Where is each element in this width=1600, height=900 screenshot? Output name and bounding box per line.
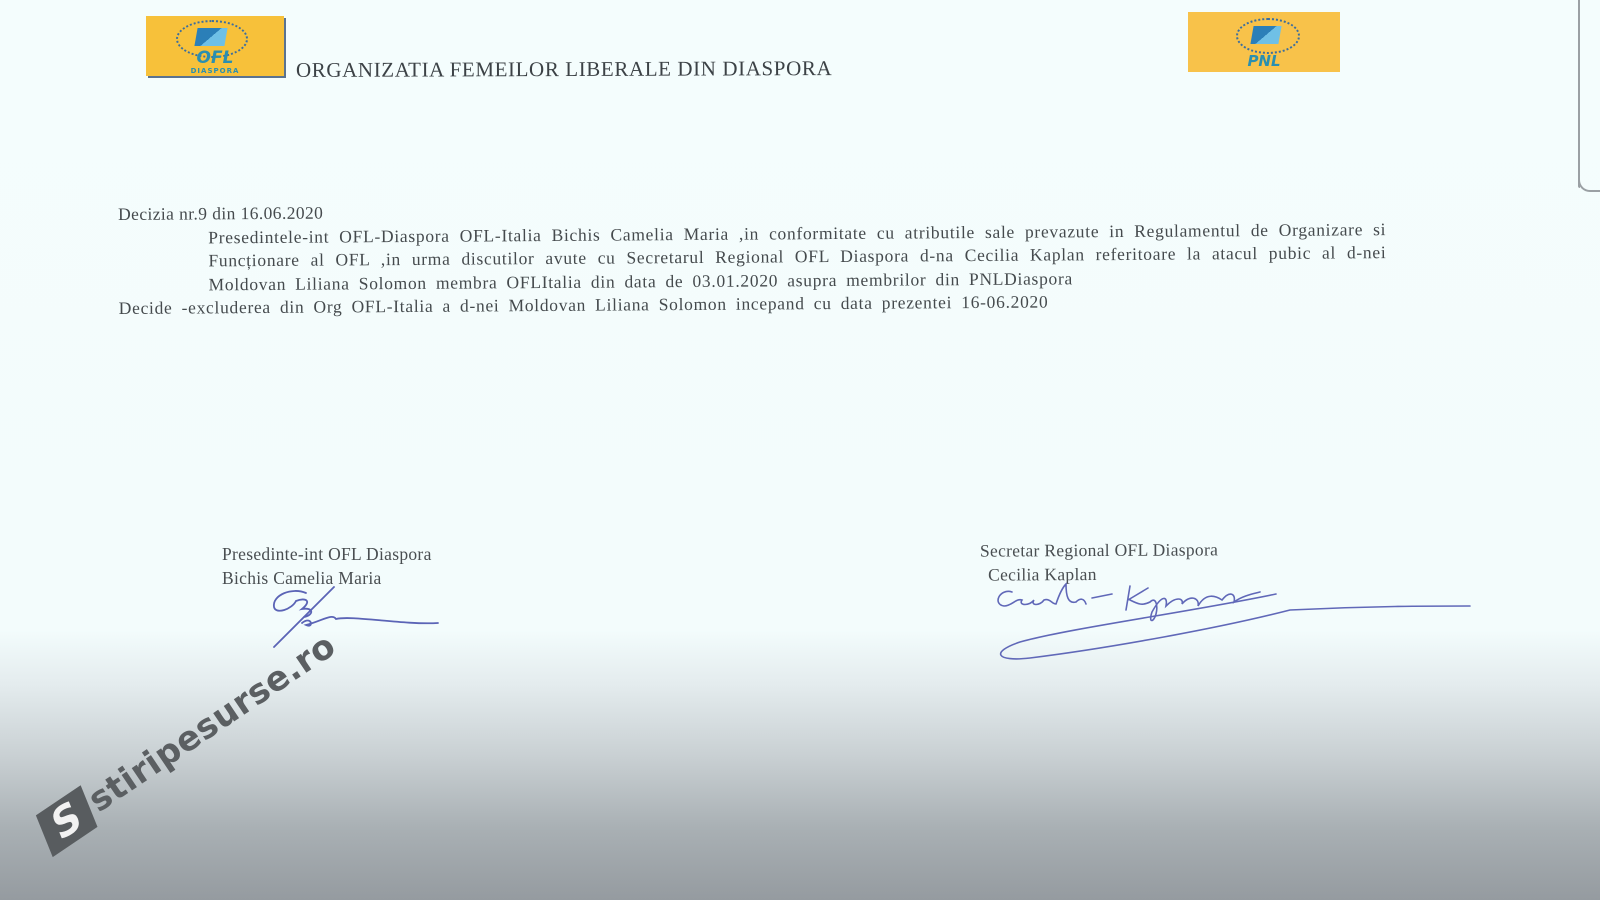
pnl-logo: PNL — [1188, 12, 1340, 72]
pnl-logo-text: PNL — [1188, 52, 1340, 70]
signatory-left: Presedinte-int OFL Diaspora Bichis Camel… — [222, 543, 432, 590]
signatory-left-role: Presedinte-int OFL Diaspora — [222, 543, 432, 567]
party-emblem-icon — [1250, 26, 1281, 44]
ofl-logo: OFL DIASPORA — [146, 16, 284, 76]
decision-body: Decizia nr.9 din 16.06.2020 Presedintele… — [118, 194, 1387, 321]
page-edge-curl — [1578, 176, 1600, 192]
page-edge-divider — [1578, 0, 1580, 188]
ofl-logo-subtext: DIASPORA — [146, 67, 284, 75]
signature-right-icon — [990, 582, 1510, 672]
ofl-logo-text: OFL — [146, 50, 284, 66]
watermark: S stiripesurse.ro — [32, 624, 344, 855]
watermark-text: stiripesurse.ro — [81, 626, 343, 821]
party-emblem-icon — [194, 28, 227, 46]
organization-title: ORGANIZATIA FEMEILOR LIBERALE DIN DIASPO… — [296, 56, 832, 83]
signatory-right: Secretar Regional OFL Diaspora Cecilia K… — [980, 538, 1218, 586]
signatory-right-role: Secretar Regional OFL Diaspora — [980, 538, 1218, 563]
decision-paragraph: Presedintele-int OFL-Diaspora OFL-Italia… — [118, 218, 1386, 298]
